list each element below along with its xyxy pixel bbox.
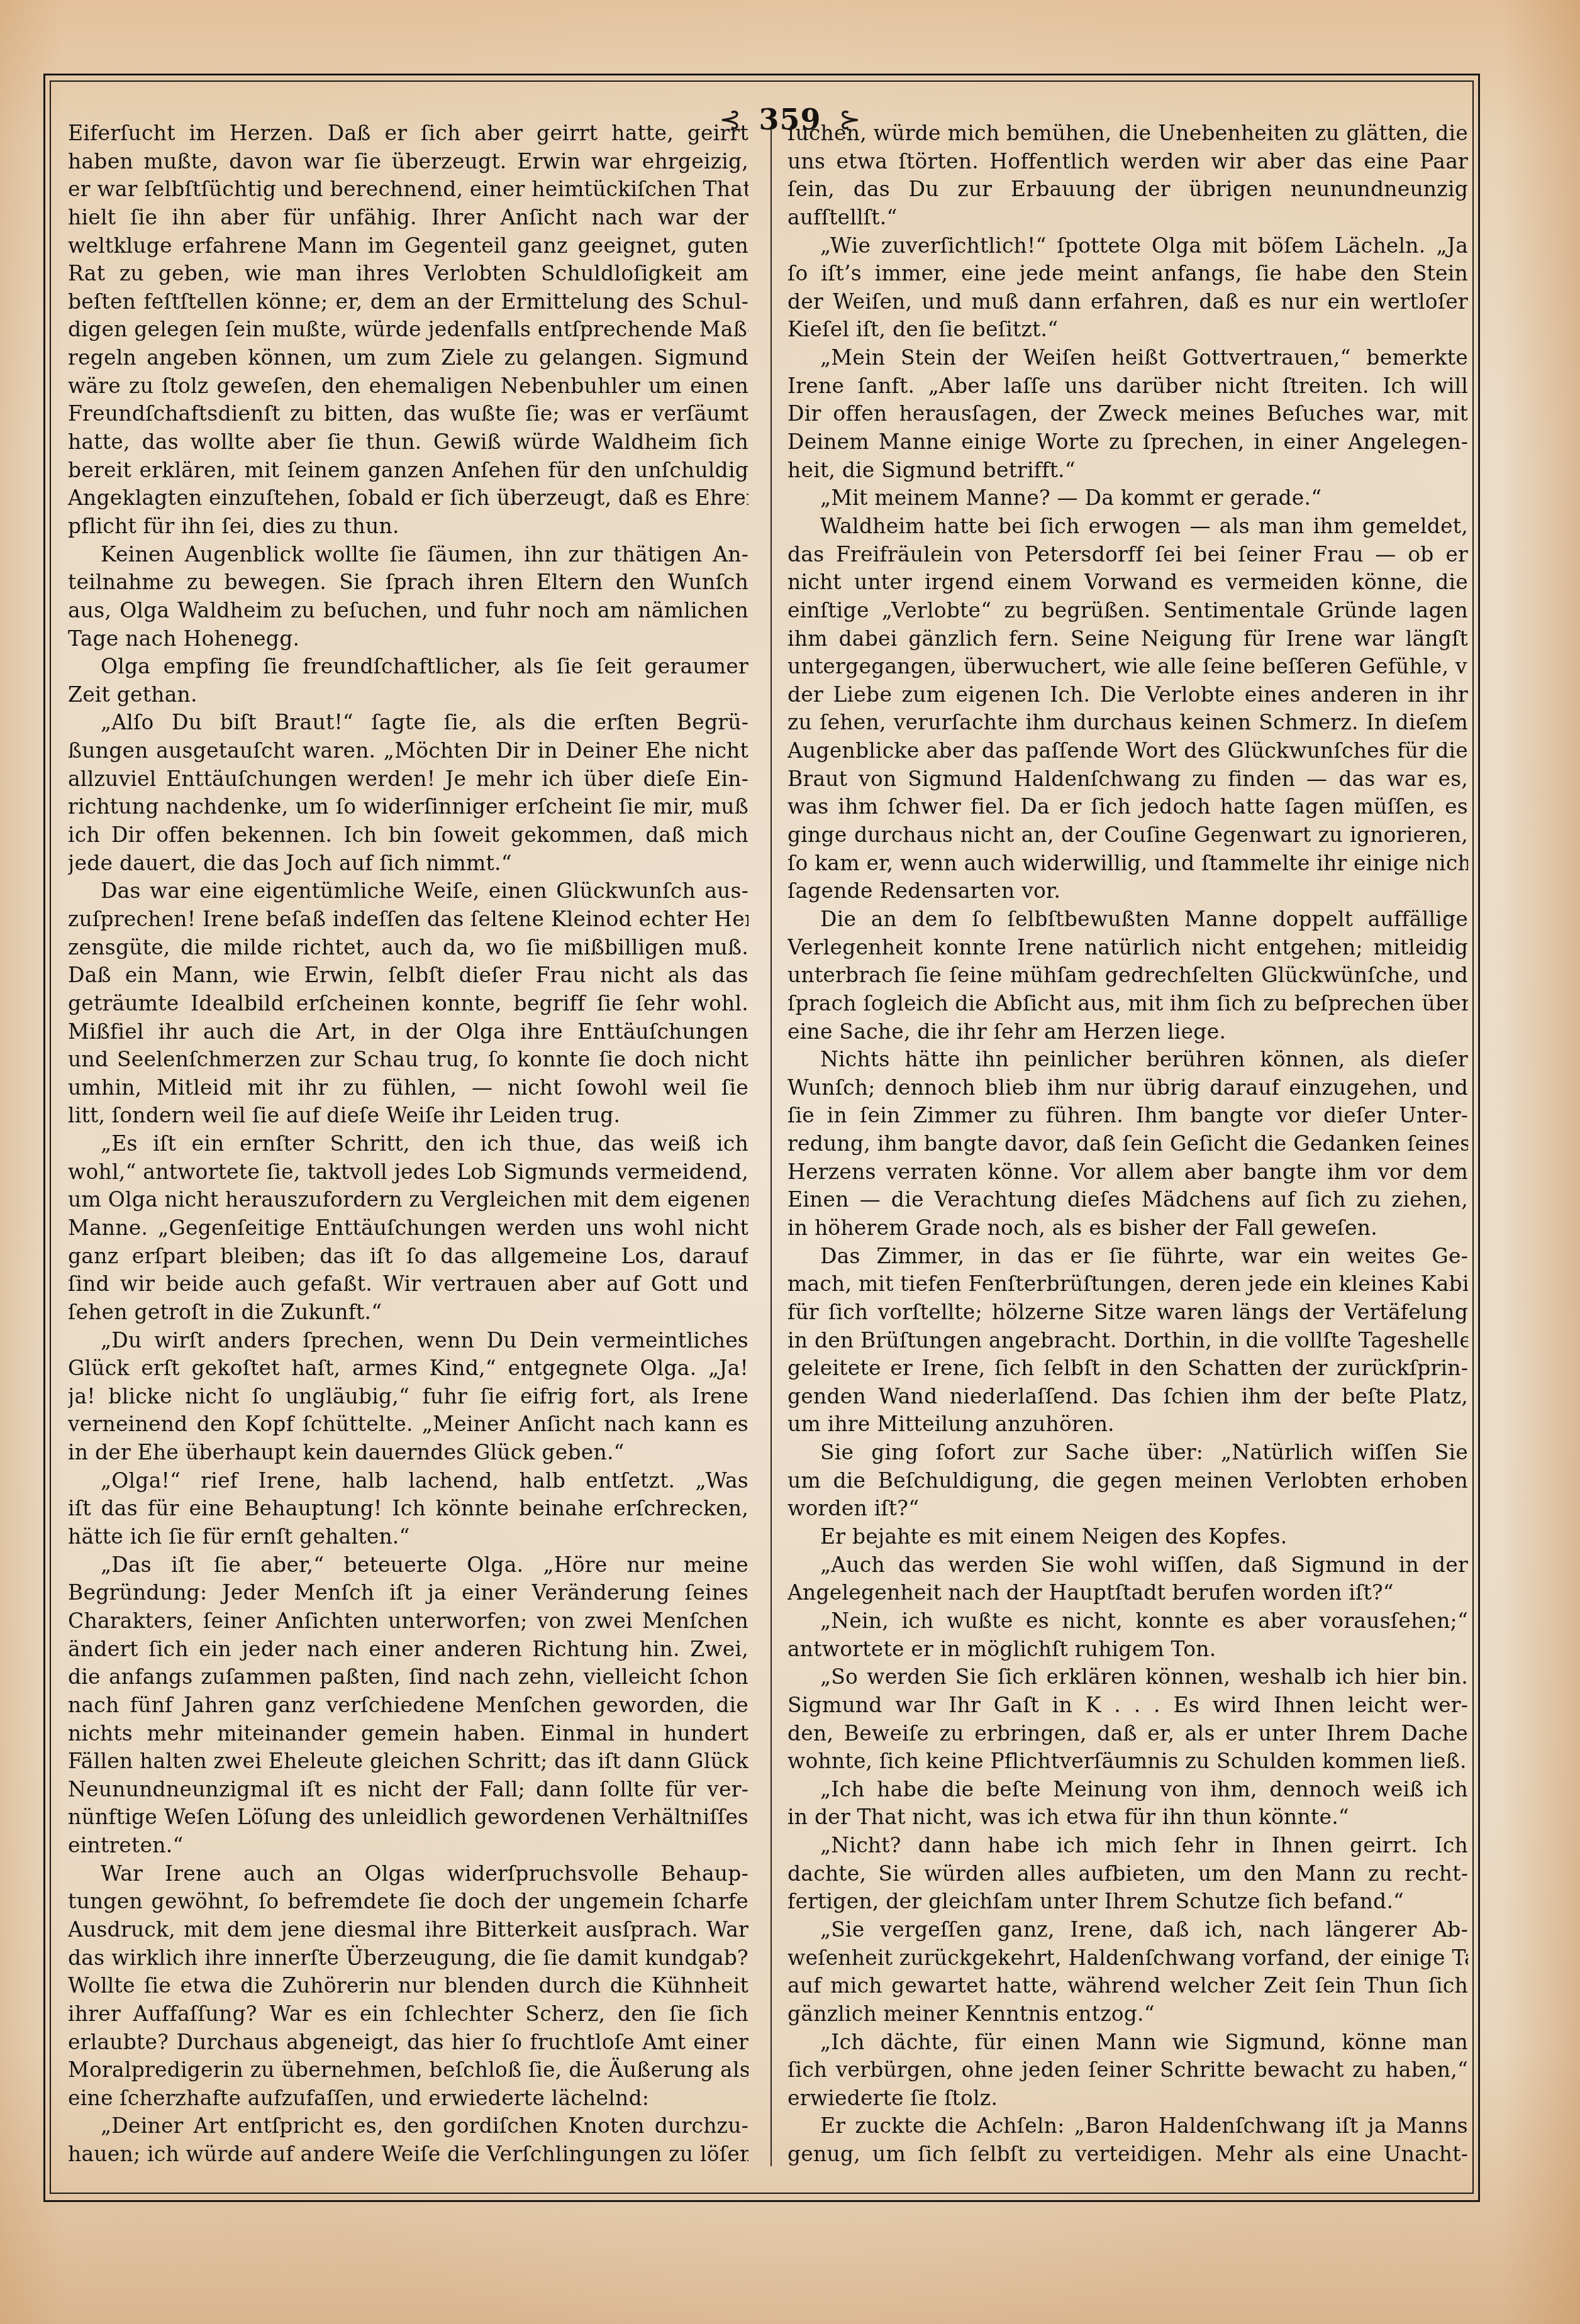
- text-line: hielt ſie ihn aber für unfähig. Ihrer An…: [68, 204, 748, 232]
- text-line: wäre zu ſtolz geweſen, den ehemaligen Ne…: [68, 372, 748, 401]
- text-line: der Weiſen, und muß dann erfahren, daß e…: [787, 288, 1468, 316]
- text-line: und Seelenſchmerzen zur Schau trug, ſo k…: [68, 1046, 748, 1074]
- text-line: Zeit gethan.: [68, 681, 748, 709]
- text-line: uns etwa ſtörten. Hoffentlich werden wir…: [787, 148, 1468, 176]
- text-line: in der Ehe überhaupt kein dauerndes Glüc…: [68, 1439, 748, 1467]
- text-line: Sigmund war Ihr Gaſt in K . . . Es wird …: [787, 1691, 1468, 1720]
- text-line: Sie ging ſofort zur Sache über: „Natürli…: [787, 1439, 1468, 1467]
- text-line: weltkluge erfahrene Mann im Gegenteil ga…: [68, 232, 748, 260]
- text-line: Manne. „Gegenſeitige Enttäuſchungen werd…: [68, 1214, 748, 1242]
- text-line: Angelegenheit nach der Hauptſtadt berufe…: [787, 1579, 1468, 1607]
- text-line: fertigen, der gleichſam unter Ihrem Schu…: [787, 1888, 1468, 1916]
- text-line: ſie in ſein Zimmer zu führen. Ihm bangte…: [787, 1102, 1468, 1130]
- text-line: Moralpredigerin zu übernehmen, beſchloß …: [68, 2056, 748, 2084]
- text-line: „Alſo Du biſt Braut!“ ſagte ſie, als die…: [68, 709, 748, 737]
- text-line: pflicht für ihn ſei, dies zu thun.: [68, 512, 748, 541]
- text-column-right: ſuchen, würde mich bemühen, die Unebenhe…: [787, 119, 1468, 2169]
- text-line: weſenheit zurückgekehrt, Haldenſchwang v…: [787, 1944, 1468, 1973]
- text-line: „Nein, ich wußte es nicht, konnte es abe…: [787, 1607, 1468, 1635]
- text-line: worden iſt?“: [787, 1495, 1468, 1523]
- text-line: genden Wand niederlaſſend. Das ſchien ih…: [787, 1383, 1468, 1411]
- text-line: ändert ſich ein jeder nach einer anderen…: [68, 1635, 748, 1664]
- text-line: Waldheim hatte bei ſich erwogen — als ma…: [787, 512, 1468, 541]
- text-line: Augenblicke aber das paſſende Wort des G…: [787, 737, 1468, 765]
- text-line: geleitete er Irene, ſich ſelbſt in den S…: [787, 1354, 1468, 1383]
- text-line: Das Zimmer, in das er ſie führte, war ei…: [787, 1242, 1468, 1271]
- text-line: Das war eine eigentümliche Weiſe, einen …: [68, 877, 748, 905]
- text-line: Daß ein Mann, wie Erwin, ſelbſt dieſer F…: [68, 961, 748, 990]
- text-line: in der That nicht, was ich etwa für ihn …: [787, 1803, 1468, 1832]
- text-line: ſehen getroſt in die Zukunft.“: [68, 1298, 748, 1327]
- text-line: Begründung: Jeder Menſch iſt ja einer Ve…: [68, 1579, 748, 1607]
- text-line: heit, die Sigmund betrifft.“: [787, 456, 1468, 485]
- text-line: das Freifräulein von Petersdorff ſei bei…: [787, 541, 1468, 569]
- text-line: tungen gewöhnt, ſo befremdete ſie doch d…: [68, 1888, 748, 1916]
- text-line: „Es iſt ein ernſter Schritt, den ich thu…: [68, 1130, 748, 1158]
- text-line: zuſprechen! Irene beſaß indeſſen das ſel…: [68, 905, 748, 934]
- text-line: „Das iſt ſie aber,“ beteuerte Olga. „Hör…: [68, 1551, 748, 1580]
- text-line: das wirklich ihre innerſte Überzeugung, …: [68, 1944, 748, 1973]
- text-line: Braut von Sigmund Haldenſchwang zu finde…: [787, 765, 1468, 794]
- text-line: umhin, Mitleid mit ihr zu fühlen, — nich…: [68, 1074, 748, 1102]
- text-line: um die Beſchuldigung, die gegen meinen V…: [787, 1467, 1468, 1495]
- text-line: Er bejahte es mit einem Neigen des Kopfe…: [787, 1523, 1468, 1551]
- text-line: ſich verbürgen, ohne jeden ſeiner Schrit…: [787, 2056, 1468, 2084]
- text-line: zu ſehen, verurſachte ihm durchaus keine…: [787, 709, 1468, 737]
- text-line: untergegangen, überwuchert, wie alle ſei…: [787, 653, 1468, 681]
- text-line: gänzlich meiner Kenntnis entzog.“: [787, 2000, 1468, 2028]
- text-line: Tage nach Hohenegg.: [68, 625, 748, 653]
- text-line: Dir offen herausſagen, der Zweck meines …: [787, 400, 1468, 428]
- text-line: Herzens verraten könne. Vor allem aber b…: [787, 1158, 1468, 1187]
- text-line: ſind wir beide auch gefaßt. Wir vertraue…: [68, 1270, 748, 1298]
- text-line: nicht unter irgend einem Vorwand es verm…: [787, 568, 1468, 597]
- text-line: wohnte, ſich keine Pflichtverſäumnis zu …: [787, 1747, 1468, 1776]
- text-line: ſprach ſogleich die Abſicht aus, mit ihm…: [787, 990, 1468, 1018]
- text-line: geträumte Idealbild erſcheinen konnte, b…: [68, 990, 748, 1018]
- text-line: ſo kam er, wenn auch widerwillig, und ſt…: [787, 849, 1468, 878]
- text-line: allzuviel Enttäuſchungen werden! Je mehr…: [68, 765, 748, 794]
- text-line: „Auch das werden Sie wohl wiſſen, daß Si…: [787, 1551, 1468, 1580]
- text-line: Mißfiel ihr auch die Art, in der Olga ih…: [68, 1018, 748, 1046]
- text-line: Eiferſucht im Herzen. Daß er ſich aber g…: [68, 119, 748, 148]
- text-line: ſuchen, würde mich bemühen, die Unebenhe…: [787, 119, 1468, 148]
- text-line: Verlegenheit konnte Irene natürlich nich…: [787, 934, 1468, 962]
- text-line: redung, ihm bangte davor, daß ſein Geſic…: [787, 1130, 1468, 1158]
- text-line: mach, mit tiefen Fenſterbrüſtungen, dere…: [787, 1270, 1468, 1298]
- text-line: den, Beweiſe zu erbringen, daß er, als e…: [787, 1720, 1468, 1748]
- text-line: ja! blicke nicht ſo ungläubig,“ fuhr ſie…: [68, 1383, 748, 1411]
- text-line: litt, ſondern weil ſie auf dieſe Weiſe i…: [68, 1102, 748, 1130]
- text-line: Keinen Augenblick wollte ſie ſäumen, ihn…: [68, 541, 748, 569]
- text-line: Deinem Manne einige Worte zu ſprechen, i…: [787, 428, 1468, 456]
- text-line: was ihm ſchwer fiel. Da er ſich jedoch h…: [787, 793, 1468, 821]
- text-line: „Wie zuverſichtlich!“ ſpottete Olga mit …: [787, 232, 1468, 260]
- text-line: Charakters, ſeiner Anſichten unterworfen…: [68, 1607, 748, 1635]
- text-line: hätte ich ſie für ernſt gehalten.“: [68, 1523, 748, 1551]
- text-line: ihm dabei gänzlich fern. Seine Neigung f…: [787, 625, 1468, 653]
- text-line: er war ſelbſtſüchtig und berechnend, ein…: [68, 175, 748, 204]
- text-line: „Ich habe die beſte Meinung von ihm, den…: [787, 1776, 1468, 1804]
- text-line: Freundſchaftsdienſt zu bitten, das wußte…: [68, 400, 748, 428]
- text-line: „Mein Stein der Weiſen heißt Gottvertrau…: [787, 344, 1468, 372]
- text-line: genug, um ſich ſelbſt zu verteidigen. Me…: [787, 2140, 1468, 2169]
- text-line: erlaubte? Durchaus abgeneigt, das hier ſ…: [68, 2028, 748, 2057]
- text-line: Fällen halten zwei Eheleute gleichen Sch…: [68, 1747, 748, 1776]
- text-line: in den Brüſtungen angebracht. Dorthin, i…: [787, 1327, 1468, 1355]
- text-line: ihrer Auffaſſung? War es ein ſchlechter …: [68, 2000, 748, 2028]
- text-line: eine ſcherzhafte aufzufaſſen, und erwied…: [68, 2084, 748, 2113]
- text-line: erwiederte ſie ſtolz.: [787, 2084, 1468, 2113]
- text-line: Nichts hätte ihn peinlicher berühren kön…: [787, 1046, 1468, 1074]
- text-line: für ſich vorſtellte; hölzerne Sitze ware…: [787, 1298, 1468, 1327]
- text-line: jede dauert, die das Joch auf ſich nimmt…: [68, 849, 748, 878]
- text-line: die anfangs zuſammen paßten, ſind nach z…: [68, 1663, 748, 1691]
- text-line: „Du wirſt anders ſprechen, wenn Du Dein …: [68, 1327, 748, 1355]
- text-line: regeln angeben können, um zum Ziele zu g…: [68, 344, 748, 372]
- text-line: der Liebe zum eigenen Ich. Die Verlobte …: [787, 681, 1468, 709]
- text-line: Olga empfing ſie freundſchaftlicher, als…: [68, 653, 748, 681]
- text-line: eine Sache, die ihr ſehr am Herzen liege…: [787, 1018, 1468, 1046]
- text-line: nünftige Weſen Löſung des unleidlich gew…: [68, 1803, 748, 1832]
- text-line: haben mußte, davon war ſie überzeugt. Er…: [68, 148, 748, 176]
- text-line: wohl,“ antwortete ſie, taktvoll jedes Lo…: [68, 1158, 748, 1187]
- text-line: Neunundneunzigmal iſt es nicht der Fall;…: [68, 1776, 748, 1804]
- text-line: „Mit meinem Manne? — Da kommt er gerade.…: [787, 484, 1468, 512]
- text-line: dachte, Sie würden alles aufbieten, um d…: [787, 1860, 1468, 1888]
- text-line: ſo iſt’s immer, eine jede meint anfangs,…: [787, 260, 1468, 288]
- text-line: eintreten.“: [68, 1832, 748, 1860]
- column-divider: [771, 126, 772, 2166]
- text-line: um Olga nicht herauszufordern zu Verglei…: [68, 1186, 748, 1214]
- text-line: um ihre Mitteilung anzuhören.: [787, 1410, 1468, 1439]
- text-line: ganz erſpart bleiben; das iſt ſo das all…: [68, 1242, 748, 1271]
- text-line: „Ich dächte, für einen Mann wie Sigmund,…: [787, 2028, 1468, 2057]
- text-line: Die an dem ſo ſelbſtbewußten Manne doppe…: [787, 905, 1468, 934]
- text-line: einſtige „Verlobte“ zu begrüßen. Sentime…: [787, 597, 1468, 625]
- text-line: ſein, das Du zur Erbauung der übrigen ne…: [787, 175, 1468, 204]
- text-line: Er zuckte die Achſeln: „Baron Haldenſchw…: [787, 2112, 1468, 2140]
- text-line: Wunſch; dennoch blieb ihm nur übrig dara…: [787, 1074, 1468, 1102]
- text-line: iſt das für eine Behauptung! Ich könnte …: [68, 1495, 748, 1523]
- text-line: aufſtellſt.“: [787, 204, 1468, 232]
- text-line: aus, Olga Waldheim zu beſuchen, und fuhr…: [68, 597, 748, 625]
- text-line: zensgüte, die milde richtet, auch da, wo…: [68, 934, 748, 962]
- text-line: bereit erklären, mit ſeinem ganzen Anſeh…: [68, 456, 748, 485]
- text-line: nichts mehr miteinander gemein haben. Ei…: [68, 1720, 748, 1748]
- text-line: verneinend den Kopf ſchüttelte. „Meiner …: [68, 1410, 748, 1439]
- text-line: Wollte ſie etwa die Zuhörerin nur blende…: [68, 1972, 748, 2000]
- text-line: richtung nachdenke, um ſo widerſinniger …: [68, 793, 748, 821]
- text-line: nach fünf Jahren ganz verſchiedene Menſc…: [68, 1691, 748, 1720]
- text-column-left: Eiferſucht im Herzen. Daß er ſich aber g…: [68, 119, 748, 2169]
- text-line: „Deiner Art entſpricht es, den gordiſche…: [68, 2112, 748, 2140]
- text-line: digen gelegen ſein mußte, würde jedenfal…: [68, 316, 748, 344]
- text-line: ginge durchaus nicht an, der Couſine Geg…: [787, 821, 1468, 849]
- text-line: hatte, das wollte aber ſie thun. Gewiß w…: [68, 428, 748, 456]
- text-line: ſagende Redensarten vor.: [787, 877, 1468, 905]
- text-line: Glück erſt gekoſtet haſt, armes Kind,“ e…: [68, 1354, 748, 1383]
- text-line: ßungen ausgetauſcht waren. „Möchten Dir …: [68, 737, 748, 765]
- text-line: in höherem Grade noch, als es bisher der…: [787, 1214, 1468, 1242]
- text-line: ich Dir offen bekennen. Ich bin ſoweit g…: [68, 821, 748, 849]
- text-line: Einen — die Verachtung dieſes Mädchens a…: [787, 1186, 1468, 1214]
- text-line: teilnahme zu bewegen. Sie ſprach ihren E…: [68, 568, 748, 597]
- text-line: Kieſel iſt, den ſie beſitzt.“: [787, 316, 1468, 344]
- text-line: Ausdruck, mit dem jene diesmal ihre Bitt…: [68, 1916, 748, 1944]
- text-line: unterbrach ſie ſeine mühſam gedrechſelte…: [787, 961, 1468, 990]
- text-line: „Nicht? dann habe ich mich ſehr in Ihnen…: [787, 1832, 1468, 1860]
- text-line: hauen; ich würde auf andere Weiſe die Ve…: [68, 2140, 748, 2169]
- text-line: Rat zu geben, wie man ihres Verlobten Sc…: [68, 260, 748, 288]
- text-line: beſten feſtſtellen könne; er, dem an der…: [68, 288, 748, 316]
- text-line: Angeklagten einzuſtehen, ſobald er ſich …: [68, 484, 748, 512]
- text-line: Irene ſanft. „Aber laſſe uns darüber nic…: [787, 372, 1468, 401]
- text-line: „Sie vergeſſen ganz, Irene, daß ich, nac…: [787, 1916, 1468, 1944]
- text-line: auf mich gewartet hatte, während welcher…: [787, 1972, 1468, 2000]
- text-line: „Olga!“ rief Irene, halb lachend, halb e…: [68, 1467, 748, 1495]
- text-line: antwortete er in möglichſt ruhigem Ton.: [787, 1635, 1468, 1664]
- text-line: War Irene auch an Olgas widerſpruchsvoll…: [68, 1860, 748, 1888]
- text-line: „So werden Sie ſich erklären können, wes…: [787, 1663, 1468, 1691]
